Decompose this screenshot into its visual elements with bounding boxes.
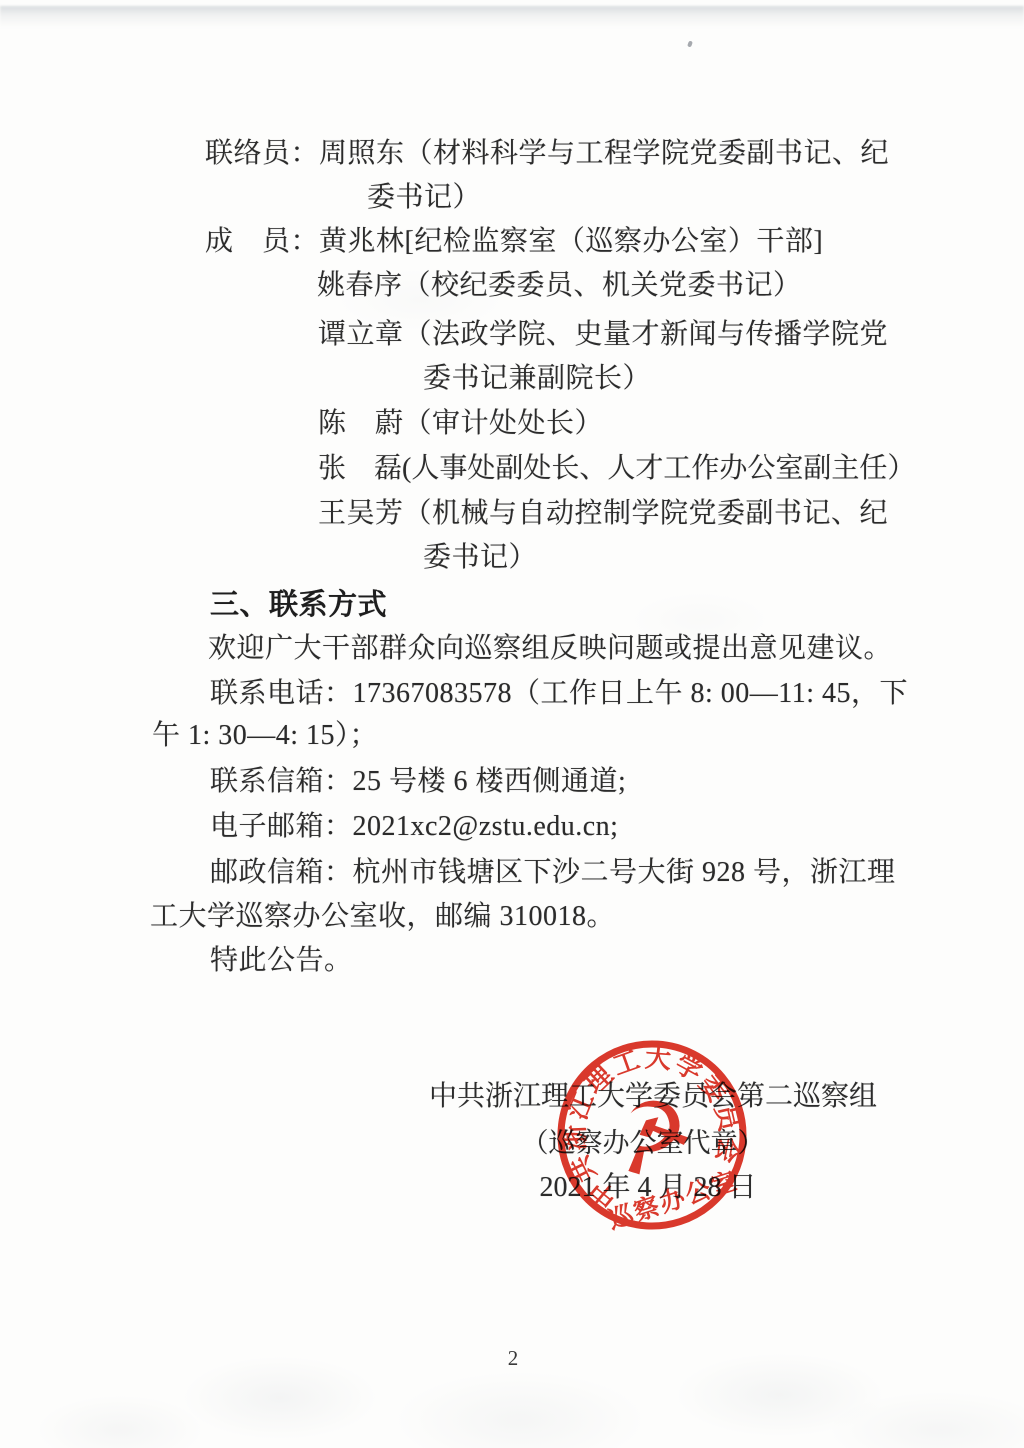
document-line: 午 1: 30—4: 15）； xyxy=(152,719,378,753)
document-line: 联系信箱：25 号楼 6 楼西侧通道; xyxy=(210,765,626,799)
document-line: 工大学巡察办公室收，邮编 310018。 xyxy=(150,900,615,934)
document-line: 王吴芳（机械与自动控制学院党委副书记、纪 xyxy=(318,497,888,531)
document-line: 成 员：黄兆林[纪检监察室（巡察办公室）干部] xyxy=(205,225,823,259)
document-line: 欢迎广大干部群众向巡察组反映问题或提出意见建议。 xyxy=(208,632,892,666)
page-number: 2 xyxy=(498,1346,528,1371)
document-line: 谭立章（法政学院、史量才新闻与传播学院党 xyxy=(318,318,888,352)
document-line: 电子邮箱：2021xc2@zstu.edu.cn; xyxy=(210,810,618,844)
document-line: 委书记） xyxy=(367,181,481,215)
section-heading: 三、联系方式 xyxy=(210,588,387,622)
document-line: 特此公告。 xyxy=(210,944,353,978)
scan-speck xyxy=(687,40,693,47)
official-seal: 中共浙江理工大学委员会 ☭ 巡察办公室 xyxy=(513,996,790,1273)
document-line: 张 磊(人事处副处长、人才工作办公室副主任） xyxy=(318,452,915,486)
scan-edge-artifact xyxy=(0,6,1024,28)
document-line: 联系电话：17367083578（工作日上午 8: 00—11: 45，下 xyxy=(210,677,908,711)
document-line: 委书记兼副院长） xyxy=(423,362,651,396)
document-line: 委书记） xyxy=(423,541,537,575)
document-line: 联络员：周照东（材料科学与工程学院党委副书记、纪 xyxy=(205,137,889,171)
document-line: 陈 蔚（审计处处长） xyxy=(318,407,603,441)
document-line: 姚春序（校纪委委员、机关党委书记） xyxy=(317,269,802,303)
document-page: 联络员：周照东（材料科学与工程学院党委副书记、纪 委书记） 成 员：黄兆林[纪检… xyxy=(0,0,1024,1448)
document-line: 邮政信箱：杭州市钱塘区下沙二号大街 928 号，浙江理 xyxy=(210,856,896,890)
